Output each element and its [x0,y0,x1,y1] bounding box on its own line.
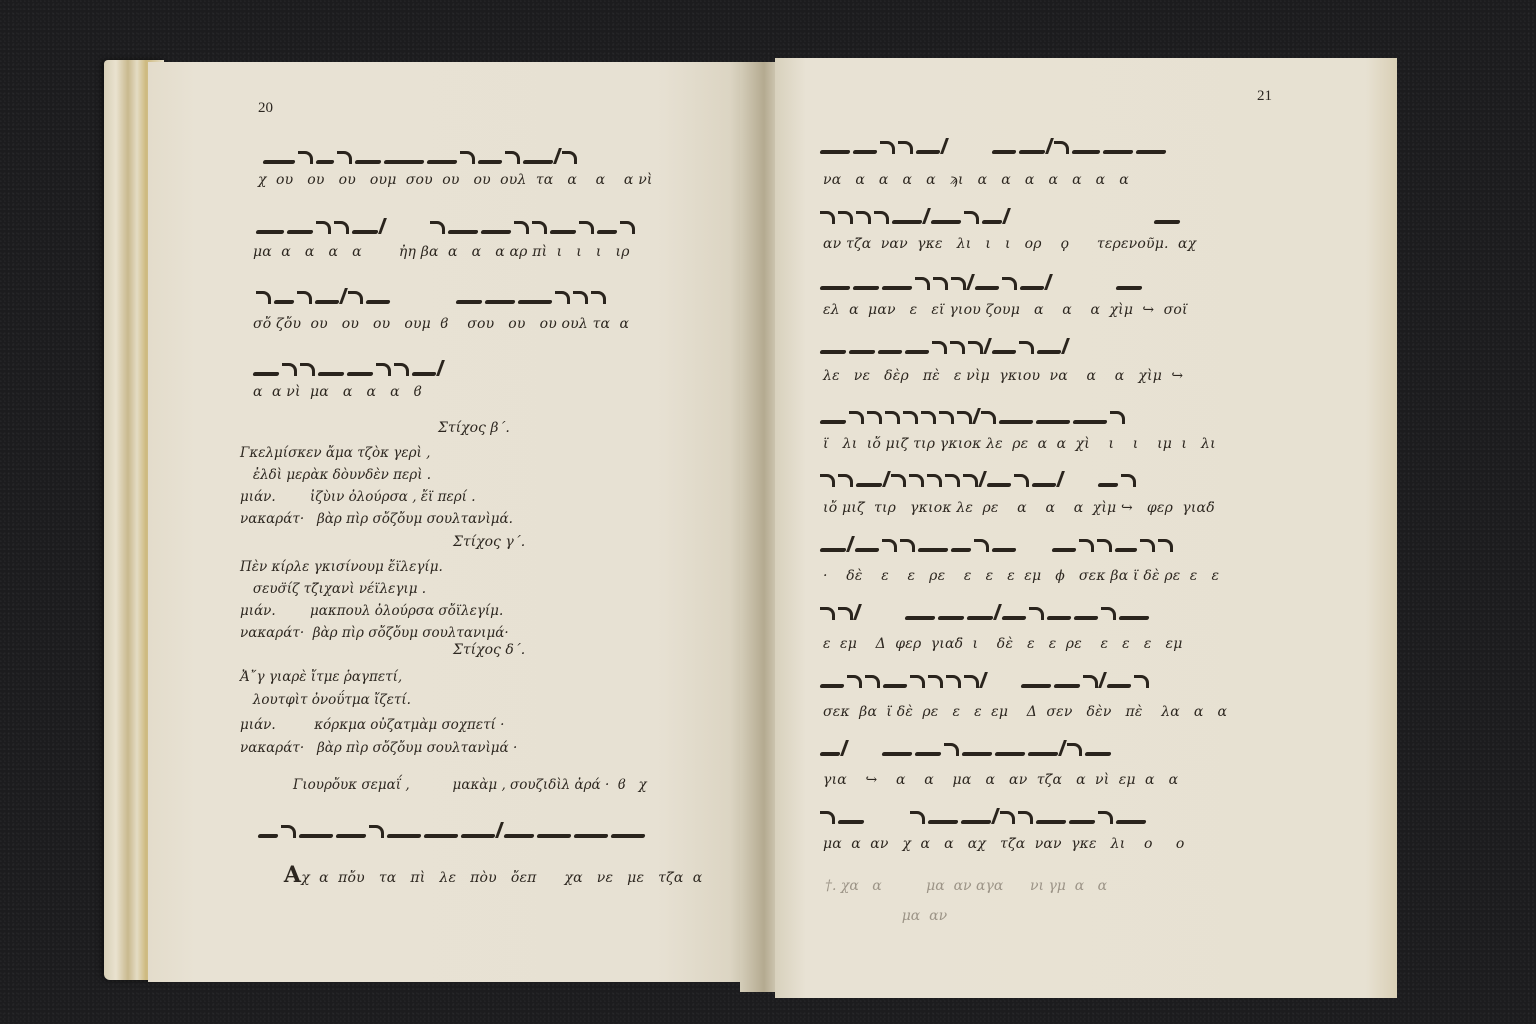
neume-line [820,200,1180,224]
stichos-heading: Στίχος γ΄. [453,534,525,550]
lyric-line: σεκ βα ϊ δὲ ρε ε ε εμ Δ σεν δὲν πὲ λα α … [823,704,1227,720]
neume-line [820,266,1142,290]
lyric-line: αν τζ̈α ναν γκε λι ι ι ορ ϙ τερενοῦμ. αχ [823,236,1196,252]
verse-line: ἐλδὶ μερὰκ δὸυνδὲν περὶ . [240,467,431,483]
drop-initial: Α [284,862,301,888]
lyric-line: χ ου ου ου ουμ σου ου ου ουλ τα α α α νὶ [258,172,653,188]
mode-caption: Γιουρὄυκ σεμαΐ , μακὰμ , σουζιδὶλ ἀρά · … [293,777,647,793]
neume-line [820,596,1149,620]
neume-line [820,130,1166,154]
right-page-text: 21 να α α α α ϡι α α α α α α α αν τζ̈α ν… [775,58,1397,998]
lyric-line: μα α α α α ἠη βα α α α αρ πὶ ι ι ι ιρ [253,244,630,260]
stichos-heading: Στίχος δ΄. [453,642,525,658]
verse-line: λουτφὶτ ὀνοΰτμα ἴζετί. [240,692,411,708]
verse-line: μιάν. ἰζὺιν ὀλούρσα , ἔϊ περί . [240,489,476,505]
lyric-line: ιὄ μιζ̈ τιρ γκιοκ λε ρε α α α χὶμ ↪ φερ … [823,500,1215,516]
neume-line [820,463,1136,487]
neume-line [820,664,1149,688]
lyric-line: για ↪ α α μα α αν τζ̈α α νὶ εμ α α [823,772,1178,788]
lyric-line: λε νε δὲρ πὲ ε νὶμ γκιου να α α χὶμ ↪ [823,368,1183,384]
stichos-heading: Στίχος β΄. [438,420,510,436]
lyric-line: ε εμ Δ φερ γιαδ̈ ι δὲ ε ε ρε ε ε ε εμ [823,636,1183,652]
neume-line [256,280,606,304]
neume-line [820,528,1173,552]
neume-line [258,814,645,838]
neume-line [820,800,1146,824]
page-number: 21 [1257,88,1272,105]
verse-line: Ἀ῎γ γιαρὲ ἴτμε ῥαγπετί, [240,669,402,685]
lyric-line: Αχ α πὄυ τα πὶ λε πὸυ ὄεπ χα νε με τζ̈α … [256,846,702,904]
neume-line [820,732,1111,756]
verse-line: Γκελμίσκεν ἄμα τζὸκ γερὶ , [240,445,430,461]
lyric-line: μα α αν χ α α αχ τζ̈α ναν γκε λι ο ο [823,836,1185,852]
neume-line [263,140,577,164]
neume-line [820,400,1125,424]
lyric-line: ϊ λι ιὄ μιζ̈ τιρ γκιοκ λε ρε α α χὶ ι ι … [823,436,1216,452]
verse-line: Πὲν κίρλε γκισίνουμ ἔϊλεγίμ. [240,559,443,575]
left-page: 20 χ ου ου ου ουμ σου ου ου ουλ τα α α α… [148,62,748,982]
neume-line [256,210,635,234]
pencil-annotation: μα αν [875,908,947,924]
verse-line: μιάν. κόρκμα οὐζατμὰμ σοχπετί · [240,717,504,733]
page-number: 20 [258,100,273,117]
lyric-line: ελ α μαν ε εϊ γιου ζουμ α α α χὶμ ↪ σοϊ [823,302,1188,318]
pencil-annotation: †. χα α μα αν αγα νι γμ α α [825,878,1107,894]
verse-line: νακαράτ· βὰρ πὶρ σὄζὄυμ σουλτανιμά· [240,625,509,641]
verse-line: σευσ̈ίζ τζ̈ιχανὶ νέϊλεγιμ . [240,581,426,597]
verse-line: νακαράτ· βὰρ πὶρ σὄζὄυμ σουλτανὶμά. [240,511,513,527]
lyric-line: να α α α α ϡι α α α α α α α [823,172,1129,188]
lyric-line: α α νὶ μα α α α ϐ [253,384,422,400]
lyric-line: · δὲ ε ε ρε ε ε ε εμ ϕ σεκ βα ϊ δὲ ρε ε … [823,568,1219,584]
neume-line [253,352,442,376]
lyric-line: σὄ ζὄυ ου ου ου ουμ ϐ σου ου ου ουλ τα α [253,316,629,332]
verse-line: μιάν. μακπουλ ὀλούρσα σὄϊλεγίμ. [240,603,503,619]
neume-line [820,330,1067,354]
verse-line: νακαράτ· βὰρ πὶρ σὄζὄυμ σουλτανὶμά · [240,740,517,756]
